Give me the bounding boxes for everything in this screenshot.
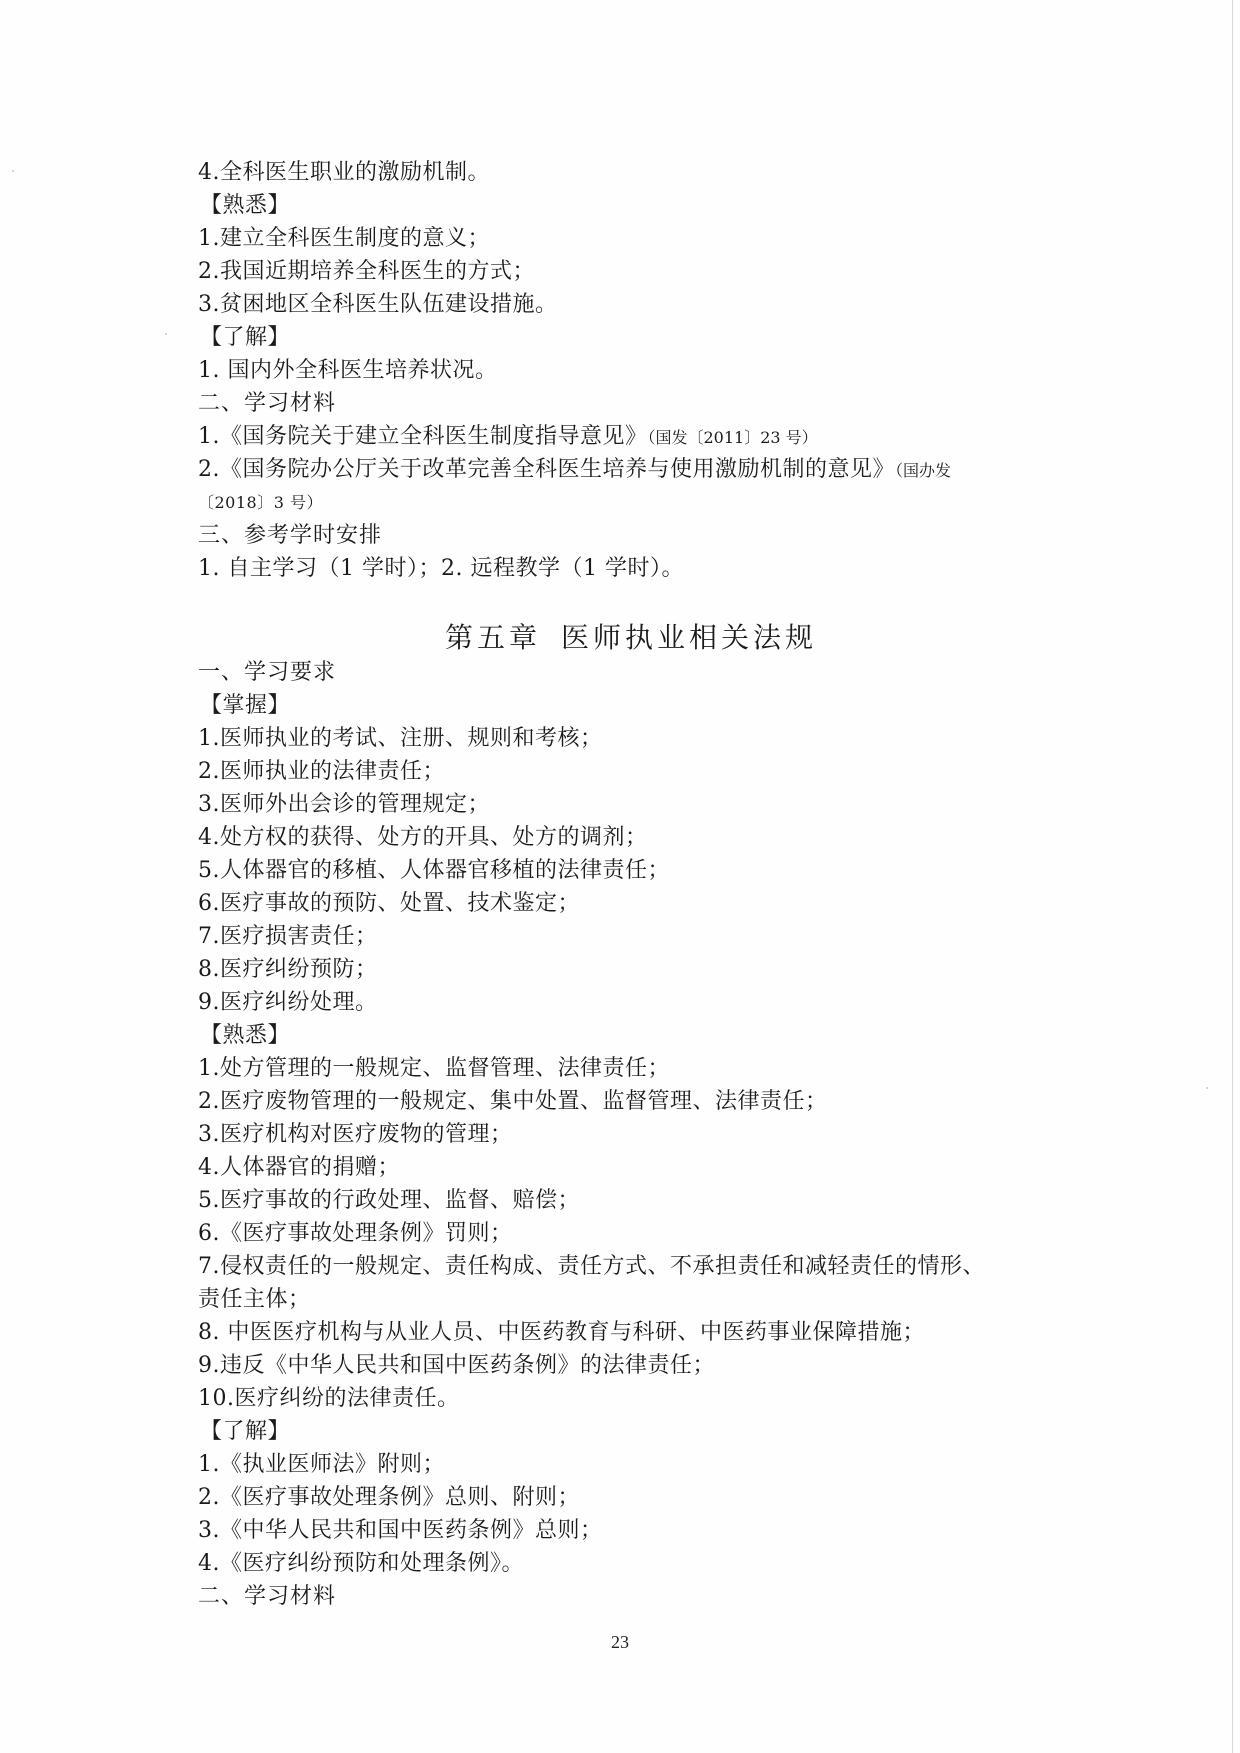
familiar-label: 【熟悉】 <box>198 189 1078 222</box>
familiar-item: 8. 中医医疗机构与从业人员、中医药教育与科研、中医药事业保障措施； <box>198 1316 1078 1349</box>
document-page: 4.全科医生职业的激励机制。 【熟悉】 1.建立全科医生制度的意义； 2.我国近… <box>0 0 1240 1753</box>
master-item: 5.人体器官的移植、人体器官移植的法律责任； <box>198 854 1078 887</box>
materials-heading: 二、学习材料 <box>198 387 1078 420</box>
familiar-item: 9.违反《中华人民共和国中医药条例》的法律责任； <box>198 1349 1078 1382</box>
familiar-item-continued: 责任主体； <box>198 1283 1078 1316</box>
material-doc-number: （国办发 <box>895 461 951 480</box>
requirements-heading: 一、学习要求 <box>198 656 1078 689</box>
material-doc-number-continued: 〔2018〕3 号） <box>198 486 1078 519</box>
material-doc-number: （国发〔2011〕23 号） <box>648 428 818 447</box>
document-body: 4.全科医生职业的激励机制。 【熟悉】 1.建立全科医生制度的意义； 2.我国近… <box>198 156 1078 1613</box>
familiar-item: 1.处方管理的一般规定、监督管理、法律责任； <box>198 1052 1078 1085</box>
familiar-item: 3.贫困地区全科医生队伍建设措施。 <box>198 288 1078 321</box>
familiar-label: 【熟悉】 <box>198 1019 1078 1052</box>
material-item: 2.《国务院办公厅关于改革完善全科医生培养与使用激励机制的意见》（国办发 <box>198 453 1078 486</box>
familiar-item: 7.侵权责任的一般规定、责任构成、责任方式、不承担责任和减轻责任的情形、 <box>198 1250 1078 1283</box>
understand-item: 4.《医疗纠纷预防和处理条例》。 <box>198 1547 1078 1580</box>
scan-speck <box>165 333 167 335</box>
hours-heading: 三、参考学时安排 <box>198 519 1078 552</box>
master-item: 1.医师执业的考试、注册、规则和考核； <box>198 722 1078 755</box>
master-item: 2.医师执业的法律责任； <box>198 755 1078 788</box>
scan-speck <box>12 170 14 172</box>
familiar-item: 2.医疗废物管理的一般规定、集中处置、监督管理、法律责任； <box>198 1085 1078 1118</box>
master-item: 7.医疗损害责任； <box>198 920 1078 953</box>
master-item: 6.医疗事故的预防、处置、技术鉴定； <box>198 887 1078 920</box>
chapter-name: 医师执业相关法规 <box>561 623 817 654</box>
material-item: 1.《国务院关于建立全科医生制度指导意见》（国发〔2011〕23 号） <box>198 420 1078 453</box>
familiar-item: 5.医疗事故的行政处理、监督、赔偿； <box>198 1184 1078 1217</box>
familiar-item: 2.我国近期培养全科医生的方式； <box>198 255 1078 288</box>
material-title: 2.《国务院办公厅关于改革完善全科医生培养与使用激励机制的意见》 <box>198 457 895 482</box>
familiar-item: 4.人体器官的捐赠； <box>198 1151 1078 1184</box>
master-item: 8.医疗纠纷预防； <box>198 953 1078 986</box>
understand-label: 【了解】 <box>198 1415 1078 1448</box>
familiar-item: 10.医疗纠纷的法律责任。 <box>198 1382 1078 1415</box>
mastery-item: 4.全科医生职业的激励机制。 <box>198 156 1078 189</box>
understand-item: 1.《执业医师法》附则； <box>198 1448 1078 1481</box>
chapter-number: 第五章 <box>445 622 561 656</box>
familiar-item: 3.医疗机构对医疗废物的管理； <box>198 1118 1078 1151</box>
spacer <box>198 585 1078 622</box>
familiar-item: 6.《医疗事故处理条例》罚则； <box>198 1217 1078 1250</box>
understand-item: 1. 国内外全科医生培养状况。 <box>198 354 1078 387</box>
master-item: 4.处方权的获得、处方的开具、处方的调剂； <box>198 821 1078 854</box>
understand-item: 2.《医疗事故处理条例》总则、附则； <box>198 1481 1078 1514</box>
master-label: 【掌握】 <box>198 689 1078 722</box>
understand-item: 3.《中华人民共和国中医药条例》总则； <box>198 1514 1078 1547</box>
scan-speck <box>1206 1087 1208 1089</box>
master-item: 3.医师外出会诊的管理规定； <box>198 788 1078 821</box>
hours-text: 1. 自主学习（1 学时）；2. 远程教学（1 学时）。 <box>198 552 1078 585</box>
understand-label: 【了解】 <box>198 321 1078 354</box>
material-title: 1.《国务院关于建立全科医生制度指导意见》 <box>198 424 648 449</box>
materials-heading: 二、学习材料 <box>198 1580 1078 1613</box>
scan-edge-line <box>1232 0 1233 1753</box>
page-number: 23 <box>0 1632 1240 1653</box>
familiar-item: 1.建立全科医生制度的意义； <box>198 222 1078 255</box>
chapter-title: 第五章医师执业相关法规 <box>198 622 1078 656</box>
master-item: 9.医疗纠纷处理。 <box>198 986 1078 1019</box>
